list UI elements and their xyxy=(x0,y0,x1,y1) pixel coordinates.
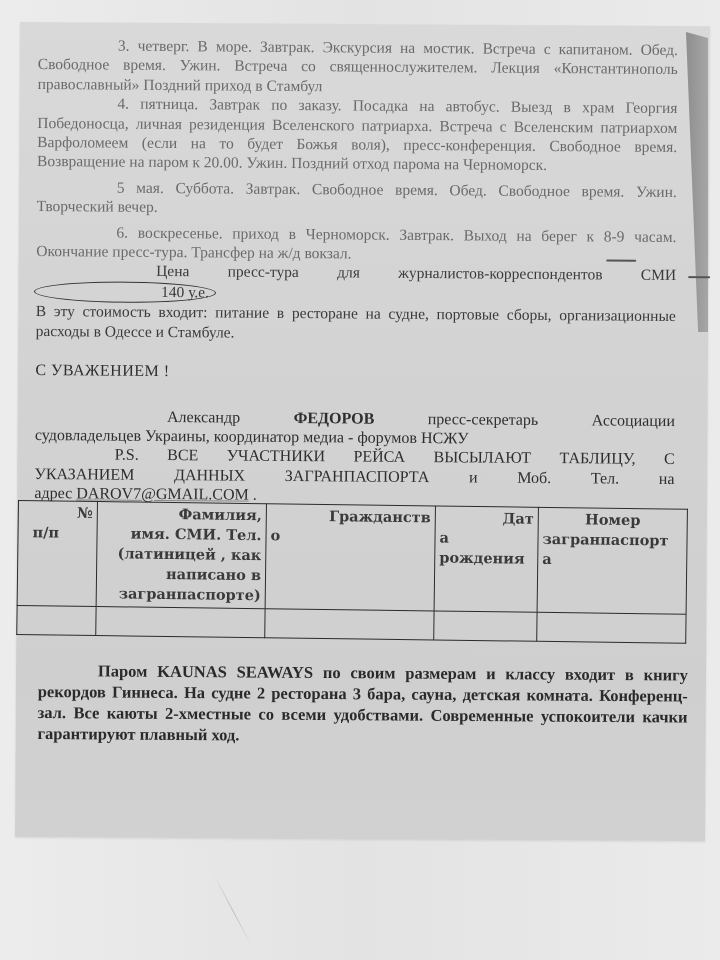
ps-word: ДАННЫХ xyxy=(174,466,245,486)
itinerary-day-3: 3. четверг. В море. Завтрак. Экскурсия н… xyxy=(38,36,678,99)
table-cell[interactable] xyxy=(434,611,537,641)
price-line: Цена пресс-тура для журналистов-корреспо… xyxy=(36,261,676,307)
table-cell[interactable] xyxy=(537,612,686,643)
table-cell[interactable] xyxy=(17,605,96,635)
header-cell-citizenship: Гражданств о xyxy=(265,504,435,611)
ps-word: РЕЙСА xyxy=(353,448,405,468)
itinerary-day-6: 6. воскресенье. приход в Черноморск. Зав… xyxy=(36,223,676,267)
ferry-description: Паром KAUNAS SEAWAYS по своим размерам и… xyxy=(37,660,688,749)
price-value-circled: 140 у.е. xyxy=(34,281,216,304)
ps-word: ВСЕ xyxy=(167,446,198,466)
table-header-row: № п/п Фамилия, имя. СМИ. Тел. (латиницей… xyxy=(17,501,687,615)
ps-word: Моб. xyxy=(517,468,551,488)
header-cell-birthdate: Дат а рождения xyxy=(434,506,538,612)
table-cell[interactable] xyxy=(265,609,434,640)
ps-word: на xyxy=(659,470,675,490)
ps-word: P.S. xyxy=(115,446,139,466)
header-cell-name: Фамилия, имя. СМИ. Тел. (латиницей , как… xyxy=(96,502,266,609)
ps-word: УЧАСТНИКИ xyxy=(227,447,325,467)
ship-name: KAUNAS SEAWAYS xyxy=(157,662,313,682)
ps-word: ЗАГРАНПАСПОРТА xyxy=(285,467,430,488)
price-includes: В эту стоимость входит: питание в рестор… xyxy=(36,302,676,346)
ps-word: и xyxy=(469,468,478,487)
itinerary-day-5: 5 мая. Суббота. Завтрак. Свободное время… xyxy=(37,178,677,222)
itinerary-day-4: 4. пятница. Завтрак по заказу. Посадка н… xyxy=(37,94,678,177)
header-cell-passport-number: Номер загранпаспорт а xyxy=(537,507,687,614)
table-cell[interactable] xyxy=(96,607,265,638)
itinerary-section: 3. четверг. В море. Завтрак. Экскурсия н… xyxy=(34,36,678,509)
passport-data-table: № п/п Фамилия, имя. СМИ. Тел. (латиницей… xyxy=(16,500,688,644)
header-cell-number: № п/п xyxy=(17,501,97,607)
greeting: С УВАЖЕНИЕМ ! xyxy=(35,361,675,385)
ps-word: С xyxy=(664,450,675,469)
ps-word: ВЫСЫЛАЮТ xyxy=(434,448,532,468)
author-signature: Александр ФЕДОРОВ пресс-секретарь Ассоци… xyxy=(35,406,675,450)
ps-word: ТАБЛИЦУ, xyxy=(559,449,635,469)
ps-word: УКАЗАНИЕМ xyxy=(34,465,134,485)
ps-word: Тел. xyxy=(591,469,619,489)
postscript: P.S.ВСЕУЧАСТНИКИРЕЙСАВЫСЫЛАЮТТАБЛИЦУ,С У… xyxy=(34,445,674,508)
